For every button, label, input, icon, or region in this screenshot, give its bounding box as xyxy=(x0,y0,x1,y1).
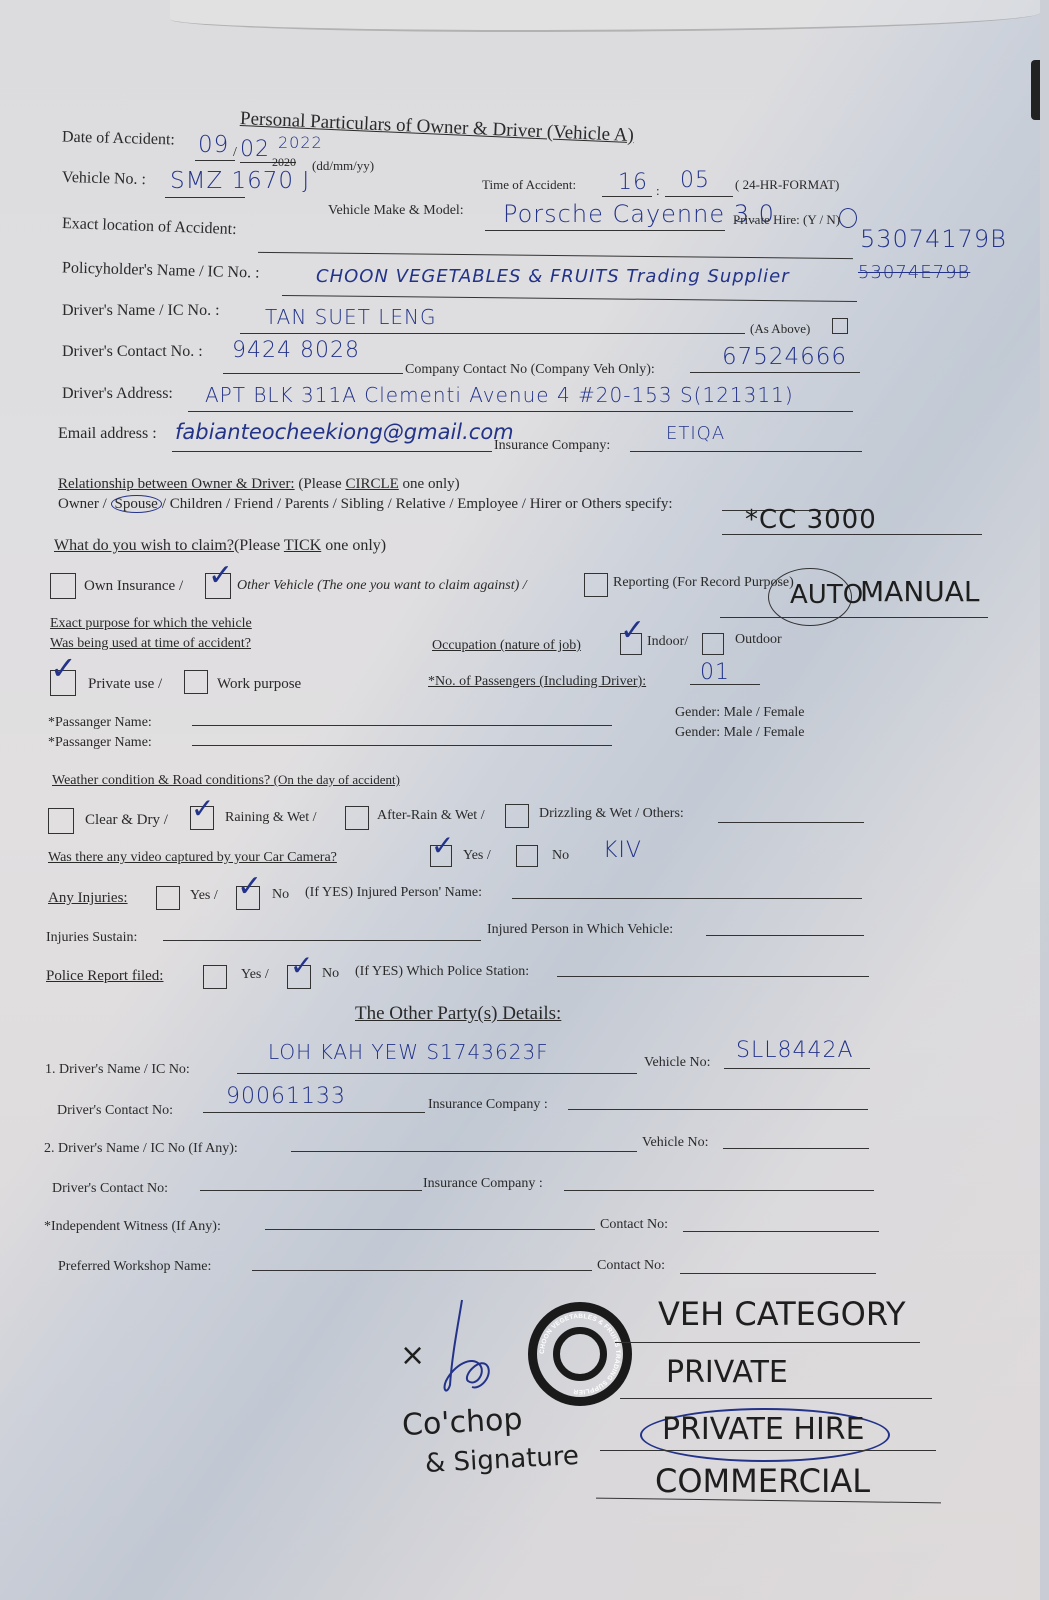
relationship-options-before: Owner / xyxy=(58,496,107,512)
party1-insurance-line[interactable] xyxy=(568,1109,868,1110)
policyholder-ic-struck: 53074E79B xyxy=(858,262,970,283)
weather-clear-checkbox[interactable] xyxy=(48,808,74,834)
purpose-heading-2: Was being used at time of accident? xyxy=(50,636,251,652)
workshop-label: Preferred Workshop Name: xyxy=(58,1259,211,1275)
driver-contact-line xyxy=(223,373,403,374)
party2-insurance-label: Insurance Company : xyxy=(423,1176,543,1192)
date-format: (dd/mm/yy) xyxy=(312,158,374,174)
address-label: Driver's Address: xyxy=(62,385,173,403)
claim-other-vehicle-tick-icon: ✓ xyxy=(208,561,233,591)
policyholder-line xyxy=(282,295,857,302)
date-month-line xyxy=(240,162,272,163)
claim-own-insurance-checkbox[interactable] xyxy=(50,573,76,599)
driver-address[interactable]: APT BLK 311A Clementi Avenue 4 #20-153 S… xyxy=(205,383,794,407)
weather-heading-note: (On the day of accident) xyxy=(274,772,400,787)
witness-line[interactable] xyxy=(265,1229,595,1230)
insurance-label: Insurance Company: xyxy=(494,438,610,454)
party2-vehicle-label: Vehicle No: xyxy=(642,1135,708,1151)
time-hh-line xyxy=(602,196,652,197)
location-line xyxy=(258,252,853,259)
video-label: Was there any video captured by your Car… xyxy=(48,850,337,866)
insurance-line xyxy=(630,451,862,452)
purpose-heading-1: Exact purpose for which the vehicle xyxy=(50,616,252,632)
date-year-handwritten[interactable]: 2022 xyxy=(278,133,323,152)
company-contact[interactable]: 67524666 xyxy=(722,344,847,370)
veh-category-line xyxy=(615,1342,920,1343)
claim-instruction-prefix: (Please xyxy=(234,537,284,554)
weather-after-rain-label: After-Rain & Wet / xyxy=(377,808,485,824)
video-no-label: No xyxy=(552,848,569,864)
email-value[interactable]: fabianteocheekiong@gmail.com xyxy=(175,420,514,444)
company-contact-label: Company Contact No (Company Veh Only): xyxy=(405,362,655,378)
injuries-no-tick-icon: ✓ xyxy=(237,872,262,902)
video-no-checkbox[interactable] xyxy=(516,845,538,867)
party2-contact-label: Driver's Contact No: xyxy=(52,1181,168,1197)
make-model-line xyxy=(485,230,725,231)
injured-vehicle-label: Injured Person in Which Vehicle: xyxy=(487,922,673,938)
relationship-options-after: / Children / Friend / Parents / Sibling … xyxy=(162,496,673,512)
vehicle-no[interactable]: SMZ 1670 J xyxy=(170,168,310,194)
police-yes-label: Yes / xyxy=(241,967,269,983)
time-mm[interactable]: 05 xyxy=(680,168,710,193)
purpose-work-checkbox[interactable] xyxy=(184,670,208,694)
veh-category-private-line xyxy=(620,1398,932,1399)
company-stamp: CHOON VEGETABLES & FRUITS TRADING SUPPLI… xyxy=(528,1302,632,1406)
veh-category-private-hire-line xyxy=(600,1450,936,1451)
party1-contact-line xyxy=(203,1112,425,1113)
party2-contact-line[interactable] xyxy=(200,1190,422,1191)
police-station-line[interactable] xyxy=(557,976,869,977)
party1-vehicle[interactable]: SLL8442A xyxy=(736,1038,854,1063)
video-yes-tick-icon: ✓ xyxy=(431,832,454,860)
party1-name-label: 1. Driver's Name / IC No: xyxy=(45,1062,190,1078)
video-yes-label: Yes / xyxy=(463,848,491,864)
relationship-instruction-suffix: one only) xyxy=(399,476,460,492)
passenger-name-label-1: *Passanger Name: xyxy=(48,715,152,731)
relationship-instruction-word: CIRCLE xyxy=(345,476,398,492)
as-above-checkbox[interactable] xyxy=(832,318,848,334)
party1-insurance-label: Insurance Company : xyxy=(428,1097,548,1113)
address-line xyxy=(188,411,853,412)
injured-vehicle-line[interactable] xyxy=(706,935,864,936)
weather-after-rain-checkbox[interactable] xyxy=(345,806,369,830)
injuries-yes-label: Yes / xyxy=(190,888,218,904)
injured-name-line[interactable] xyxy=(512,898,862,899)
occupation-indoor-tick-icon: ✓ xyxy=(620,616,645,646)
location-label: Exact location of Accident: xyxy=(62,215,237,239)
driver-contact[interactable]: 9424 8028 xyxy=(232,338,360,363)
party1-name[interactable]: LOH KAH YEW S1743623F xyxy=(268,1040,549,1064)
party2-insurance-line[interactable] xyxy=(564,1190,874,1191)
policyholder-name[interactable]: CHOON VEGETABLES & FRUITS Trading Suppli… xyxy=(316,266,790,287)
claim-reporting-checkbox[interactable] xyxy=(584,573,608,597)
party1-name-line xyxy=(237,1073,637,1074)
passengers-value[interactable]: 01 xyxy=(700,660,730,685)
time-format: ( 24-HR-FORMAT) xyxy=(735,177,839,193)
video-note[interactable]: KIV xyxy=(603,838,642,863)
weather-heading-row: Weather condition & Road conditions? (On… xyxy=(52,772,400,789)
binder-clip-edge xyxy=(1031,60,1040,120)
form-paper: Personal Particulars of Owner & Driver (… xyxy=(0,0,1040,1600)
claim-heading-row: What do you wish to claim?(Please TICK o… xyxy=(54,537,386,555)
purpose-private-tick-icon: ✓ xyxy=(50,652,77,684)
relationship-options: Owner / Spouse/ Children / Friend / Pare… xyxy=(58,496,673,513)
occupation-outdoor-label: Outdoor xyxy=(735,632,782,648)
relationship-instruction-prefix: (Please xyxy=(298,476,345,492)
driver-name[interactable]: TAN SUET LENG xyxy=(265,305,436,329)
date-day-line xyxy=(195,160,235,161)
driver-name-label: Driver's Name / IC No. : xyxy=(62,302,220,320)
passengers-label: *No. of Passengers (Including Driver): xyxy=(428,674,646,690)
gender-label-1: Gender: Male / Female xyxy=(675,705,804,721)
veh-category-heading: VEH CATEGORY xyxy=(658,1295,906,1333)
email-label: Email address : xyxy=(58,425,157,443)
relationship-heading: Relationship between Owner & Driver: xyxy=(58,476,295,492)
relationship-selected[interactable]: Spouse xyxy=(111,495,162,513)
purpose-work-label: Work purpose xyxy=(217,676,301,693)
workshop-line[interactable] xyxy=(252,1270,592,1271)
veh-category-private[interactable]: PRIVATE xyxy=(666,1355,788,1390)
date-day[interactable]: 09 xyxy=(198,132,229,158)
time-sep: : xyxy=(656,183,660,199)
date-sep: / xyxy=(233,145,237,161)
party2-vehicle-line[interactable] xyxy=(723,1148,869,1149)
party2-name-line[interactable] xyxy=(291,1151,637,1152)
passenger-name-line-1[interactable] xyxy=(192,725,612,726)
other-party-heading: The Other Party(s) Details: xyxy=(355,1003,561,1025)
email-line xyxy=(172,451,492,452)
occupation-indoor-label: Indoor/ xyxy=(647,634,688,650)
claim-own-insurance-label: Own Insurance / xyxy=(84,578,183,595)
purpose-private-label: Private use / xyxy=(88,676,162,693)
policyholder-label: Policyholder's Name / IC No. : xyxy=(62,259,260,282)
relationship-others-note[interactable]: *CC 3000 xyxy=(745,505,877,535)
occupation-label: Occupation (nature of job) xyxy=(432,638,581,654)
claim-other-vehicle-label: Other Vehicle (The one you want to claim… xyxy=(237,578,527,594)
injuries-yes-checkbox[interactable] xyxy=(156,886,180,910)
veh-category-commercial[interactable]: COMMERCIAL xyxy=(655,1462,870,1500)
injuries-sustain-label: Injuries Sustain: xyxy=(46,930,137,946)
relationship-heading-row: Relationship between Owner & Driver: (Pl… xyxy=(58,476,460,493)
company-contact-line xyxy=(690,372,860,373)
time-mm-line xyxy=(665,196,733,197)
vehicle-no-line xyxy=(165,197,245,198)
passengers-asterisk: * xyxy=(428,674,435,689)
time-label: Time of Accident: xyxy=(482,177,576,193)
transmission-line xyxy=(720,617,988,618)
gender-label-2: Gender: Male / Female xyxy=(675,725,804,741)
claim-instruction-suffix: one only) xyxy=(321,537,386,554)
svg-text:CHOON VEGETABLES & FRUITS TRAD: CHOON VEGETABLES & FRUITS TRADING SUPPLI… xyxy=(539,1313,621,1395)
witness-label: *Independent Witness (If Any): xyxy=(44,1219,221,1235)
others-note-text: *CC 3000 xyxy=(745,505,877,535)
weather-heading: Weather condition & Road conditions? xyxy=(52,773,270,788)
weather-clear-label: Clear & Dry / xyxy=(85,812,168,829)
injuries-no-label: No xyxy=(272,887,289,903)
police-no-label: No xyxy=(322,966,339,982)
veh-category-private-hire[interactable]: PRIVATE HIRE xyxy=(662,1412,865,1447)
signature-mark-x: × xyxy=(400,1338,426,1373)
police-station-label: (If YES) Which Police Station: xyxy=(355,964,529,980)
vehicle-no-label: Vehicle No. : xyxy=(62,169,146,189)
driver-name-line xyxy=(240,333,745,334)
policyholder-ic[interactable]: 53074179B xyxy=(860,225,1007,253)
time-hh[interactable]: 16 xyxy=(618,170,648,195)
claim-instruction-word: TICK xyxy=(284,537,321,554)
claim-heading: What do you wish to claim? xyxy=(54,537,234,554)
party1-contact[interactable]: 90061133 xyxy=(226,1084,346,1109)
injured-name-label: (If YES) Injured Person' Name: xyxy=(305,885,482,901)
date-month[interactable]: 02 xyxy=(240,137,270,162)
make-model-label: Vehicle Make & Model: xyxy=(328,203,464,219)
weather-drizzling-checkbox[interactable] xyxy=(505,804,529,828)
party1-vehicle-label: Vehicle No: xyxy=(644,1055,710,1071)
injuries-label: Any Injuries: xyxy=(48,890,128,907)
police-label: Police Report filed: xyxy=(46,968,163,985)
claim-reporting-label: Reporting (For Record Purpose) xyxy=(613,575,794,591)
occupation-outdoor-checkbox[interactable] xyxy=(702,633,724,655)
driver-contact-label: Driver's Contact No. : xyxy=(62,343,203,361)
weather-raining-label: Raining & Wet / xyxy=(225,810,317,826)
passenger-name-label-2: *Passanger Name: xyxy=(48,735,152,751)
paper-fold xyxy=(170,0,1040,32)
as-above-label: (As Above) xyxy=(750,321,810,337)
stamp-text: CHOON VEGETABLES & FRUITS TRADING SUPPLI… xyxy=(539,1313,621,1395)
witness-contact-line[interactable] xyxy=(683,1231,879,1232)
private-hire-label: Private Hire: (Y / N) xyxy=(733,212,840,228)
stamp-text-ring: CHOON VEGETABLES & FRUITS TRADING SUPPLI… xyxy=(537,1311,623,1397)
witness-contact-label: Contact No: xyxy=(600,1217,668,1233)
signature-scribble-icon[interactable] xyxy=(432,1295,502,1405)
workshop-contact-line[interactable] xyxy=(680,1273,876,1274)
workshop-contact-label: Contact No: xyxy=(597,1258,665,1274)
party2-name-label: 2. Driver's Name / IC No (If Any): xyxy=(44,1141,238,1157)
police-yes-checkbox[interactable] xyxy=(203,965,227,989)
chop-label-2: & Signature xyxy=(424,1441,579,1479)
party1-contact-label: Driver's Contact No: xyxy=(57,1103,173,1119)
party1-vehicle-line xyxy=(724,1068,870,1069)
weather-drizzling-label: Drizzling & Wet / Others: xyxy=(539,806,684,822)
private-hire-circle xyxy=(839,208,857,228)
chop-label-1: Co'chop xyxy=(401,1402,523,1443)
weather-others-line[interactable] xyxy=(718,822,864,823)
transmission-manual[interactable]: MANUAL xyxy=(860,575,980,608)
police-no-tick-icon: ✓ xyxy=(290,952,313,980)
injuries-sustain-line[interactable] xyxy=(163,940,481,941)
transmission-auto[interactable]: AUTO xyxy=(790,580,863,610)
insurance-value[interactable]: ETIQA xyxy=(666,423,725,444)
passengers-label-text: No. of Passengers (Including Driver): xyxy=(435,674,646,689)
weather-raining-tick-icon: ✓ xyxy=(191,795,214,823)
passenger-name-line-2[interactable] xyxy=(192,745,612,746)
date-label: Date of Accident: xyxy=(62,129,175,150)
